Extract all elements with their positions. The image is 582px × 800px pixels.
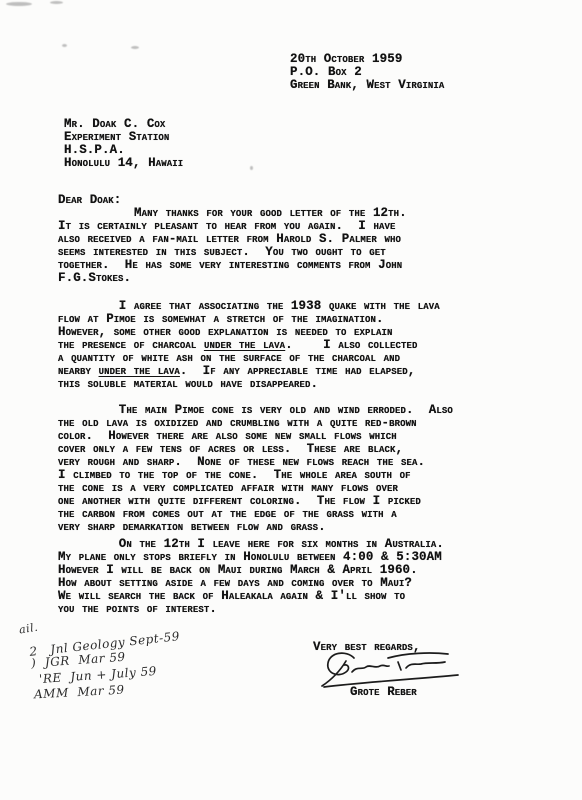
scan-smudge xyxy=(250,166,253,170)
scan-smudge xyxy=(62,44,67,47)
scanned-letter-page: 20th October 1959 P.O. Box 2 Green Bank,… xyxy=(0,0,582,800)
date-address-block: 20th October 1959 P.O. Box 2 Green Bank,… xyxy=(290,53,444,92)
scan-smudge xyxy=(6,2,32,6)
paragraph-4: On the 12th I leave here for six months … xyxy=(58,538,444,616)
signature-typed-name: Grote Reber xyxy=(350,686,417,699)
scan-smudge xyxy=(50,1,63,4)
paragraph-3: The main Pimoe cone is very old and wind… xyxy=(58,404,453,534)
scan-smudge xyxy=(131,46,139,49)
margin-note: ail. xyxy=(18,621,39,637)
paragraph-1: Many thanks for your good letter of the … xyxy=(58,207,407,285)
paragraph-2: I agree that associating the 1938 quake … xyxy=(58,300,440,391)
recipient-address-block: Mr. Doak C. Cox Experiment Station H.S.P… xyxy=(64,118,183,170)
